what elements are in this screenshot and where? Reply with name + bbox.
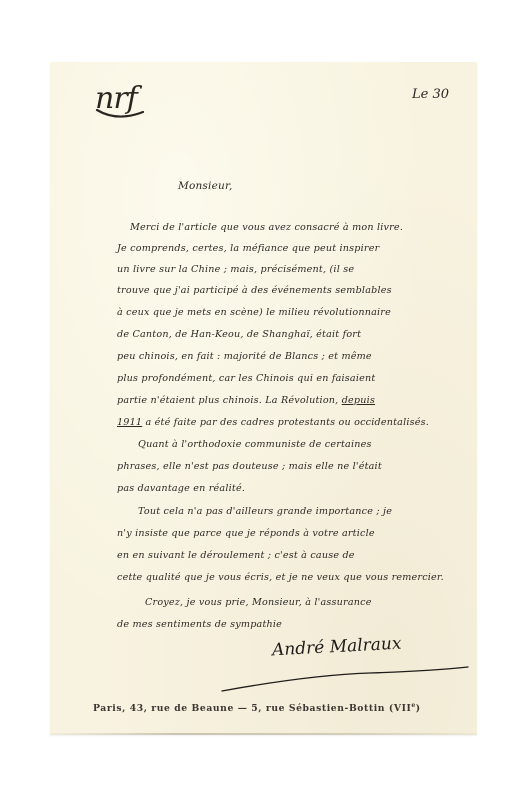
body-line: peu chinois, en fait : majorité de Blanc… bbox=[117, 351, 372, 362]
body-line-text: partie n'étaient plus chinois. La Révolu… bbox=[117, 395, 338, 406]
body-line: partie n'étaient plus chinois. La Révolu… bbox=[117, 395, 375, 406]
body-line: un livre sur la Chine ; mais, précisémen… bbox=[117, 264, 354, 275]
body-line: en en suivant le déroulement ; c'est à c… bbox=[117, 550, 355, 561]
body-line: pas davantage en réalité. bbox=[117, 483, 245, 494]
footer-address: Paris, 43, rue de Beaune — 5, rue Sébast… bbox=[93, 703, 411, 714]
body-line: plus profondément, car les Chinois qui e… bbox=[117, 373, 375, 384]
signature-underline-icon bbox=[220, 647, 470, 697]
logo-swash-icon bbox=[95, 106, 155, 122]
letter-date: Le 30 bbox=[412, 87, 449, 102]
closing-line: Croyez, je vous prie, Monsieur, à l'assu… bbox=[145, 597, 372, 608]
body-line: à ceux que je mets en scène) le milieu r… bbox=[117, 307, 391, 318]
letter-paper: nrf Le 30 Monsieur, Merci de l'article q… bbox=[50, 62, 477, 735]
closing-line: de mes sentiments de sympathie bbox=[117, 619, 282, 630]
letterhead-footer: Paris, 43, rue de Beaune — 5, rue Sébast… bbox=[93, 702, 421, 714]
salutation: Monsieur, bbox=[178, 180, 233, 192]
body-line: trouve que j'ai participé à des événemen… bbox=[117, 285, 392, 296]
body-line: Tout cela n'a pas d'ailleurs grande impo… bbox=[138, 506, 392, 517]
body-line: cette qualité que je vous écris, et je n… bbox=[117, 572, 444, 583]
body-line: Je comprends, certes, la méfiance que pe… bbox=[117, 243, 379, 254]
body-line: de Canton, de Han-Keou, de Shanghaï, éta… bbox=[117, 329, 361, 340]
body-line-text: a été faite par des cadres protestants o… bbox=[145, 417, 429, 428]
body-line: Quant à l'orthodoxie communiste de certa… bbox=[138, 439, 372, 450]
body-line: Merci de l'article que vous avez consacr… bbox=[130, 222, 403, 233]
body-line: n'y insiste que parce que je réponds à v… bbox=[117, 528, 375, 539]
underlined-year: 1911 bbox=[117, 417, 142, 428]
underlined-word: depuis bbox=[342, 395, 375, 406]
body-line: 1911 a été faite par des cadres protesta… bbox=[117, 417, 429, 428]
body-line: phrases, elle n'est pas douteuse ; mais … bbox=[117, 461, 382, 472]
footer-close: ) bbox=[416, 703, 421, 714]
